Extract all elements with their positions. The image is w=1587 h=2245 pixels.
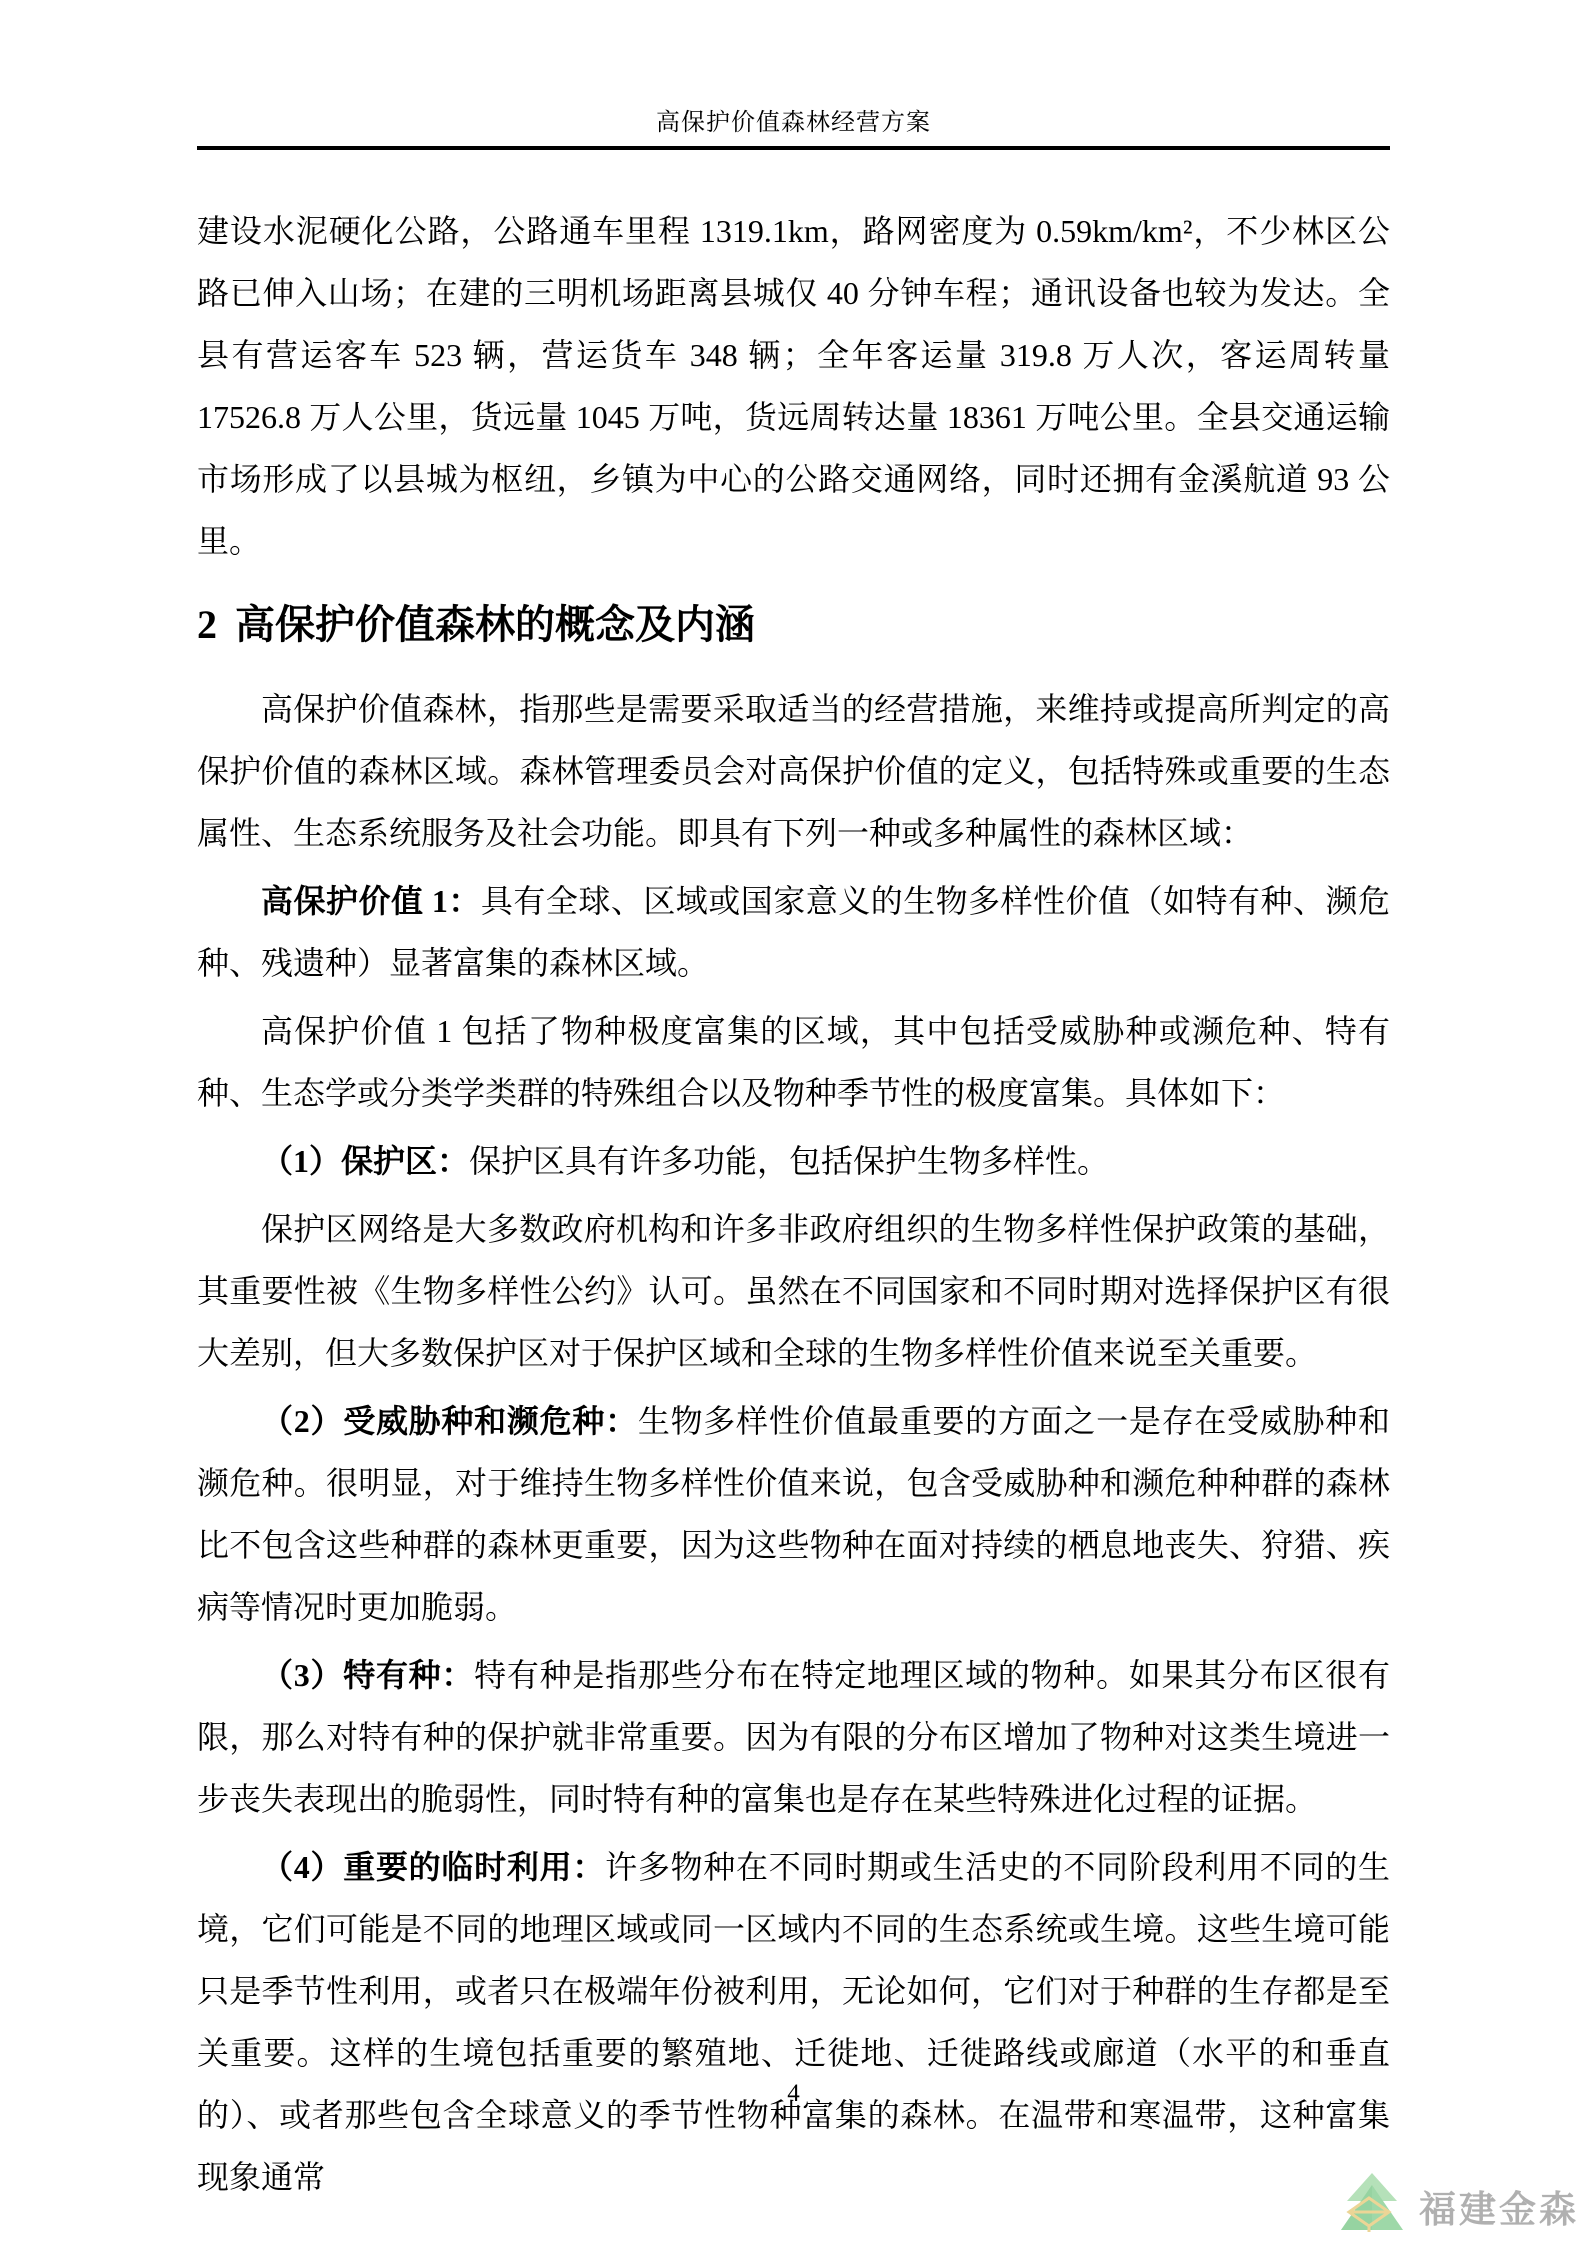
body-content: 建设水泥硬化公路，公路通车里程 1319.1km，路网密度为 0.59km/km… (197, 200, 1390, 2214)
paragraph-lead: （3）特有种： (261, 1657, 474, 1693)
section-title: 高保护价值森林的概念及内涵 (235, 602, 755, 647)
paragraph-text: 高保护价值森林，指那些是需要采取适当的经营措施，来维持或提高所判定的高保护价值的… (197, 691, 1390, 851)
document-page: 高保护价值森林经营方案 建设水泥硬化公路，公路通车里程 1319.1km，路网密… (0, 0, 1587, 2245)
paragraph-endemic-species: （3）特有种：特有种是指那些分布在特定地理区域的物种。如果其分布区很有限，那么对… (197, 1644, 1390, 1830)
section-heading: 2高保护价值森林的概念及内涵 (197, 600, 1390, 650)
paragraph-lead: （2）受威胁种和濒危种： (261, 1403, 638, 1439)
logo-text: 福建金森 (1419, 2188, 1579, 2232)
paragraph-protected-areas-network: 保护区网络是大多数政府机构和许多非政府组织的生物多样性保护政策的基础，其重要性被… (197, 1198, 1390, 1384)
page-header: 高保护价值森林经营方案 (197, 0, 1390, 150)
paragraph-text: 保护区网络是大多数政府机构和许多非政府组织的生物多样性保护政策的基础，其重要性被… (197, 1211, 1390, 1371)
paragraph-protected-areas: （1）保护区：保护区具有许多功能，包括保护生物多样性。 (197, 1130, 1390, 1192)
header-title: 高保护价值森林经营方案 (197, 110, 1390, 136)
paragraph-lead: （1）保护区： (261, 1143, 469, 1179)
pine-tree-logo-icon (1339, 2172, 1405, 2232)
paragraph-text: 保护区具有许多功能，包括保护生物多样性。 (469, 1143, 1109, 1179)
paragraph-hcv1: 高保护价值 1：具有全球、区域或国家意义的生物多样性价值（如特有种、濒危种、残遗… (197, 870, 1390, 994)
paragraph-threatened-species: （2）受威胁种和濒危种：生物多样性价值最重要的方面之一是存在受威胁种和濒危种。很… (197, 1390, 1390, 1638)
section-number: 2 (197, 602, 217, 647)
paragraph-hcv1-includes: 高保护价值 1 包括了物种极度富集的区域，其中包括受威胁种或濒危种、特有种、生态… (197, 1000, 1390, 1124)
header-divider (197, 146, 1390, 150)
paragraph-hcvf-definition: 高保护价值森林，指那些是需要采取适当的经营措施，来维持或提高所判定的高保护价值的… (197, 678, 1390, 864)
paragraph-lead: （4）重要的临时利用： (261, 1849, 605, 1885)
page-footer: 4 (0, 2078, 1587, 2110)
company-logo: 福建金森 (1339, 2172, 1579, 2232)
paragraph-text: 许多物种在不同时期或生活史的不同阶段利用不同的生境，它们可能是不同的地理区域或同… (197, 1849, 1390, 2195)
paragraph-text: 建设水泥硬化公路，公路通车里程 1319.1km，路网密度为 0.59km/km… (197, 213, 1390, 559)
paragraph-temporal-use: （4）重要的临时利用：许多物种在不同时期或生活史的不同阶段利用不同的生境，它们可… (197, 1836, 1390, 2208)
page-number: 4 (787, 2080, 800, 2107)
paragraph-text: 高保护价值 1 包括了物种极度富集的区域，其中包括受威胁种或濒危种、特有种、生态… (197, 1013, 1390, 1111)
paragraph-lead: 高保护价值 1： (261, 883, 481, 919)
paragraph-intro: 建设水泥硬化公路，公路通车里程 1319.1km，路网密度为 0.59km/km… (197, 200, 1390, 572)
